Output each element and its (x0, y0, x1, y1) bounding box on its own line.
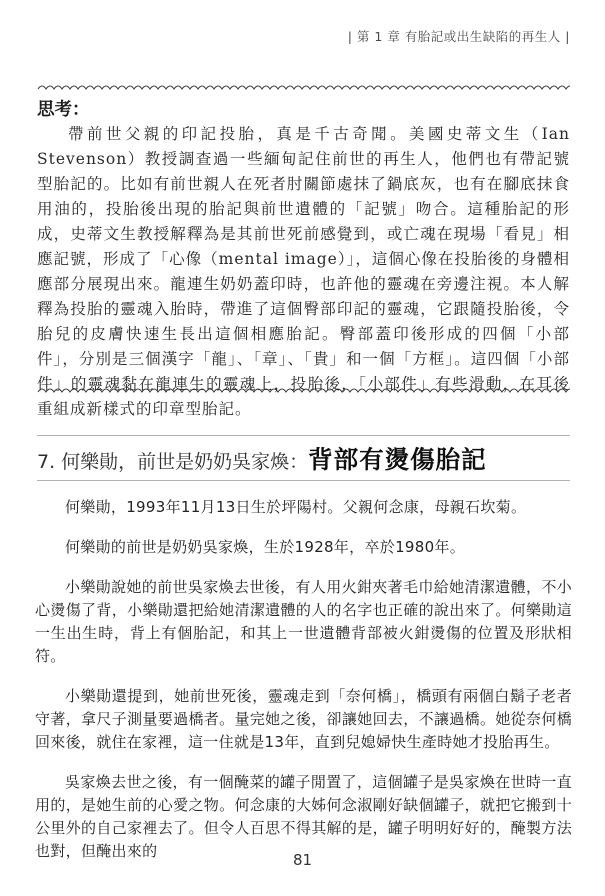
thought-section-label: 思考： (37, 96, 90, 121)
story-paragraph: 何樂勛的前世是奶奶吳家煥，生於1928年，卒於1980年。 (35, 536, 572, 559)
section-heading: 7. 何樂勛，前世是奶奶吳家煥：背部有燙傷胎記 (37, 441, 570, 476)
wavy-divider-bottom (37, 385, 570, 395)
story-body: 何樂勛，1993年11月13日生於坪陽村。父親何念康，母親石坎菊。 何樂勛的前世… (35, 496, 572, 880)
heading-rule-top (37, 435, 570, 436)
story-paragraph: 小樂勛說她的前世吳家煥去世後，有人用火鉗夾著毛巾給她清潔遺體，不小心燙傷了背，小… (35, 576, 572, 668)
story-paragraph: 吳家煥去世之後，有一個醃菜的罐子閒置了，這個罐子是吳家煥在世時一直用的，是她生前… (35, 771, 572, 863)
story-paragraph: 小樂勛還提到，她前世死後，靈魂走到「奈何橋」，橋頭有兩個白鬍子老者守著，拿尺子測… (35, 685, 572, 754)
wavy-divider-top (37, 82, 570, 92)
running-header: | 第 1 章 有胎記或出生缺陷的再生人 | (0, 27, 570, 45)
story-paragraph: 何樂勛，1993年11月13日生於坪陽村。父親何念康，母親石坎菊。 (35, 496, 572, 519)
book-page: | 第 1 章 有胎記或出生缺陷的再生人 | 思考： 帶前世父親的印記投胎，真是… (0, 0, 605, 896)
section-heading-prefix: 7. 何樂勛，前世是奶奶吳家煥： (37, 451, 308, 473)
section-heading-emphasis: 背部有燙傷胎記 (308, 445, 487, 474)
heading-rule-bottom (37, 480, 570, 481)
page-number: 81 (0, 851, 605, 869)
thought-section-paragraph: 帶前世父親的印記投胎，真是千古奇聞。美國史蒂文生（Ian Stevenson）教… (37, 122, 570, 422)
